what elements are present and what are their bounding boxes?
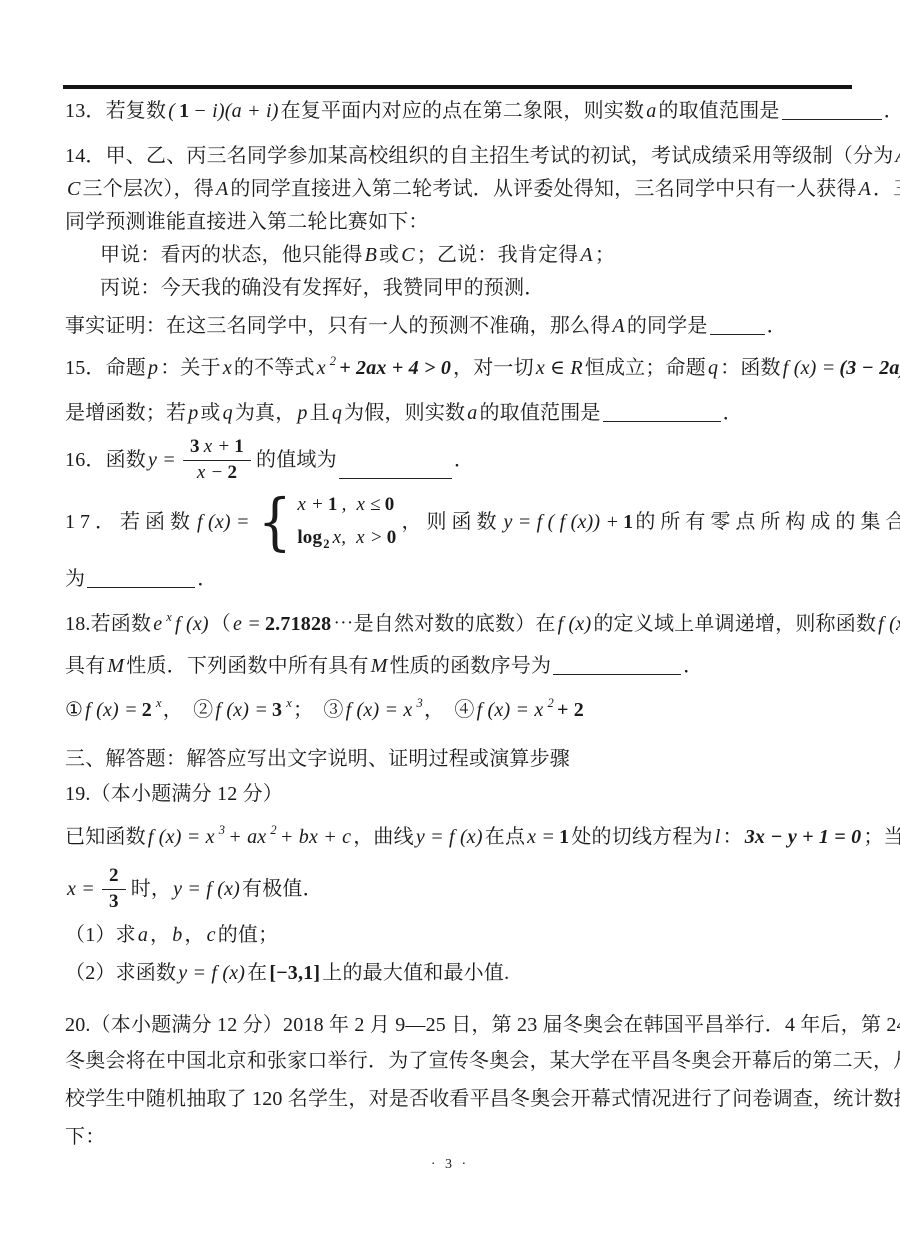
answer-blank	[553, 655, 681, 675]
answer-blank	[710, 315, 765, 335]
text-run: 13．若复数	[65, 98, 166, 124]
math-run: C	[67, 176, 81, 202]
math-run: x +	[204, 437, 231, 458]
math-run: q	[223, 400, 233, 426]
bold-run: 0	[387, 525, 397, 551]
cases-brace: {	[258, 494, 292, 550]
cases-row: x +1, x ≤0	[295, 492, 398, 518]
question-20-line-2: 冬奥会将在中国北京和张家口举行．为了宣传冬奥会，某大学在平昌冬奥会开幕后的第二天…	[65, 1048, 900, 1074]
text-run: （	[211, 611, 231, 637]
text-run: 或	[200, 400, 220, 426]
question-14-line-1: 14．甲、乙、丙三名同学参加某高校组织的自主招生考试的初试，考试成绩采用等级制（…	[65, 143, 900, 169]
math-run: y = f (x)	[416, 824, 483, 850]
question-18-line-1: 18.若函数exf (x)（e =2.71828⋯是自然对数的底数）在f (x)…	[65, 611, 900, 637]
text-run: 为真，	[235, 400, 296, 426]
math-run: M	[371, 653, 388, 679]
text-run: ．	[197, 566, 217, 592]
question-18-line-2: 具有M性质．下列函数中所有具有M性质的函数序号为．	[65, 653, 703, 679]
fraction: 3x +1x −2	[183, 437, 251, 483]
superscript: x	[166, 604, 172, 630]
math-run: c	[207, 922, 216, 948]
text-run: 甲说：看丙的状态，他只能得	[100, 242, 363, 268]
text-run: 在	[247, 960, 267, 986]
fraction: 23	[102, 866, 126, 912]
bold-run: + 2	[557, 697, 584, 723]
math-run: f (x) = x	[148, 824, 215, 850]
text-run: ：函数	[720, 355, 781, 381]
text-run: 20.（本小题满分 12 分）2018 年 2 月 9—25 日，第 23 届冬…	[65, 1012, 900, 1038]
text-run: ； ③	[293, 697, 344, 723]
math-run: y = f (x)	[178, 960, 245, 986]
text-run: 时，	[131, 876, 171, 902]
math-run: a	[467, 400, 477, 426]
question-19-heading: 19.（本小题满分 12 分）	[65, 781, 283, 807]
math-run: f (x)	[175, 611, 209, 637]
question-16-line: 16．函数y =3x +1x −2的值域为．	[65, 437, 474, 483]
text-run: （1）求	[65, 922, 136, 948]
cases-rows: x +1, x ≤0log2x, x >0	[295, 492, 398, 551]
question-17-line-2: 为．	[65, 566, 217, 592]
text-run: 的取值范围是	[479, 400, 600, 426]
math-run: p	[297, 400, 307, 426]
bold-run: 2	[227, 463, 237, 484]
text-run: ，曲线	[353, 824, 414, 850]
question-19-line-1: 已知函数f (x) = x3+ ax2+ bx + c，曲线y = f (x)在…	[65, 824, 900, 850]
math-run: y = f ( f (x)) +	[503, 509, 619, 535]
math-run: x =	[67, 876, 95, 902]
math-run: f (x) =	[197, 509, 250, 535]
piecewise-cases: {x +1, x ≤0log2x, x >0	[255, 492, 399, 551]
text-run: 的所有零点所构成的集合	[635, 509, 900, 535]
text-run: 具有	[65, 653, 105, 679]
text-run: ：关于	[160, 355, 221, 381]
text-run: 事实证明：在这三名同学中，只有一人的预测不准确，那么得	[65, 313, 610, 339]
math-run: B	[365, 242, 377, 268]
text-run: 为假，则实数	[344, 400, 465, 426]
superscript: 2	[270, 817, 276, 843]
text-run: 校学生中随机抽取了 120 名学生，对是否收看平昌冬奥会开幕式情况进行了问卷调查…	[65, 1086, 900, 1112]
superscript: 3	[417, 690, 423, 716]
text-run: 冬奥会将在中国北京和张家口举行．为了宣传冬奥会，某大学在平昌冬奥会开幕后的第二天…	[65, 1048, 900, 1074]
section-3-heading: 三、解答题：解答应写出文字说明、证明过程或演算步骤	[65, 746, 570, 772]
text-run: ．三名	[873, 176, 900, 202]
math-run: A	[580, 242, 592, 268]
bold-run: 0	[385, 492, 395, 518]
text-run: ，	[401, 509, 426, 535]
text-run: 已知函数	[65, 824, 146, 850]
bold-run: 2	[142, 697, 152, 723]
text-run: ．	[723, 400, 743, 426]
math-run: − i)(a + i)	[193, 98, 278, 124]
question-20-line-1: 20.（本小题满分 12 分）2018 年 2 月 9—25 日，第 23 届冬…	[65, 1012, 900, 1038]
bold-run: 3	[272, 697, 282, 723]
text-run: 有极值．	[242, 876, 323, 902]
text-run: ；	[595, 242, 615, 268]
fraction-numerator: 3x +1	[183, 437, 251, 461]
math-run: e	[153, 611, 162, 637]
superscript: 2	[330, 348, 336, 374]
text-run: 18.若函数	[65, 611, 151, 637]
superscript: x	[286, 690, 292, 716]
text-run: ，	[184, 922, 204, 948]
bold-run: 2	[109, 866, 119, 887]
question-19-part-1: （1）求a，b，c的值；	[65, 922, 278, 948]
math-run: x =	[527, 824, 555, 850]
text-run: 下：	[65, 1124, 105, 1150]
fraction-denominator: x −2	[190, 461, 244, 484]
fraction-denominator: 3	[102, 890, 126, 913]
question-19-part-2: （2）求函数y = f (x)在[−3,1]上的最大值和最小值.	[65, 960, 509, 986]
text-run: 的值域为	[256, 447, 337, 473]
text-run: 上的最大值和最小值.	[322, 960, 509, 986]
bold-run: [−3,1]	[269, 960, 320, 986]
text-run: 在复平面内对应的点在第二象限，则实数	[281, 98, 645, 124]
math-run: A	[216, 176, 228, 202]
text-run: 处的切线方程为	[571, 824, 712, 850]
math-run: + ax	[228, 824, 266, 850]
superscript: x	[156, 690, 162, 716]
text-run: 14．甲、乙、丙三名同学参加某高校组织的自主招生考试的初试，考试成绩采用等级制（…	[65, 143, 893, 169]
math-run: f (x) =	[783, 355, 836, 381]
question-20-line-3: 校学生中随机抽取了 120 名学生，对是否收看平昌冬奥会开幕式情况进行了问卷调查…	[65, 1086, 900, 1112]
math-run: x −	[197, 463, 224, 484]
text-run: 的取值范围是	[658, 98, 779, 124]
text-run: ；当	[863, 824, 900, 850]
text-run: 为	[65, 566, 85, 592]
bold-run: 1	[328, 492, 338, 518]
answer-blank	[339, 459, 452, 479]
math-bold-run: (3 − 2a)	[839, 355, 900, 381]
question-17-line-1: 17．若函数f (x) ={x +1, x ≤0log2x, x >0，则函数y…	[65, 492, 900, 551]
text-run: 在点	[485, 824, 525, 850]
superscript: 2	[548, 690, 554, 716]
bold-run: 1	[559, 824, 569, 850]
text-run: 的同学直接进入第二轮考试．从评委处得知，三名同学中只有一人获得	[230, 176, 856, 202]
text-run: 同学预测谁能直接进入第二轮比赛如下：	[65, 209, 429, 235]
question-13-line: 13．若复数(1− i)(a + i)在复平面内对应的点在第二象限，则实数a的取…	[65, 98, 900, 124]
math-run: f (x) =	[215, 697, 268, 723]
text-run: （2）求函数	[65, 960, 176, 986]
math-run: x, x >	[333, 525, 383, 551]
math-bold-run: + 2ax + 4 > 0	[339, 355, 451, 381]
math-run: x +	[297, 492, 324, 518]
question-15-line-1: 15．命题p：关于x的不等式x2+ 2ax + 4 > 0，对一切x ∈ R恒成…	[65, 355, 900, 381]
text-run: ，	[150, 922, 170, 948]
math-run: f (x) = x	[477, 697, 544, 723]
text-run: 恒成立；命题	[585, 355, 706, 381]
subscript: 2	[323, 531, 329, 557]
math-run: q	[332, 400, 342, 426]
text-run: ， ②	[163, 697, 214, 723]
text-run: ．	[884, 98, 900, 124]
math-run: A	[859, 176, 871, 202]
document-page: 13．若复数(1− i)(a + i)在复平面内对应的点在第二象限，则实数a的取…	[0, 0, 900, 1246]
text-run: 或	[379, 242, 399, 268]
text-run: 16．函数	[65, 447, 146, 473]
fraction-numerator: 2	[102, 866, 126, 890]
text-run: ， ④	[424, 697, 475, 723]
text-run: 的同学是	[627, 313, 708, 339]
math-run: p	[188, 400, 198, 426]
bold-run: 2.71828	[265, 611, 331, 637]
text-run: 且	[310, 400, 330, 426]
page-number: · 3 ·	[0, 1157, 900, 1173]
math-run: x	[317, 355, 326, 381]
text-run: ：	[723, 824, 743, 850]
text-run: ．	[454, 447, 474, 473]
text-run: ①	[65, 697, 83, 723]
math-run: x ∈ R	[536, 355, 583, 381]
roman-run: log	[297, 525, 322, 551]
cases-row: log2x, x >0	[295, 525, 398, 551]
math-run: a	[646, 98, 656, 124]
text-run: 的值；	[218, 922, 279, 948]
answer-blank	[87, 568, 195, 588]
math-run: A	[895, 143, 900, 169]
math-run: (	[168, 98, 175, 124]
math-run: l	[715, 824, 721, 850]
math-run: f (x) = x	[346, 697, 413, 723]
answer-blank	[603, 402, 721, 422]
math-run: x	[223, 355, 232, 381]
text-run: 丙说：今天我的确没有发挥好，我赞同甲的预测．	[100, 275, 544, 301]
math-bold-run: 3x − y + 1 = 0	[745, 824, 862, 850]
bold-run: 3	[109, 892, 119, 913]
question-18-options-line: ①f (x) =2x， ②f (x) =3x； ③f (x) = x3， ④f …	[65, 697, 586, 723]
answer-blank	[782, 100, 882, 120]
math-run: y =	[148, 447, 176, 473]
header-rule	[63, 85, 852, 89]
math-run: C	[401, 242, 415, 268]
text-run: 15．命题	[65, 355, 146, 381]
question-14-line-3: 同学预测谁能直接进入第二轮比赛如下：	[65, 209, 429, 235]
bold-run: 1	[179, 98, 189, 124]
math-run: + bx + c	[280, 824, 351, 850]
text-run: ⋯是自然对数的底数）在	[333, 611, 555, 637]
math-run: A	[612, 313, 624, 339]
math-run: a	[138, 922, 148, 948]
math-run: e =	[233, 611, 261, 637]
text-run: 19.（本小题满分 12 分）	[65, 781, 283, 807]
question-15-line-2: 是增函数；若p或q为真，p且q为假，则实数a的取值范围是．	[65, 400, 743, 426]
math-run: f (x)	[558, 611, 592, 637]
math-run: f (x)	[878, 611, 900, 637]
text-run: 性质．下列函数中所有具有	[126, 653, 368, 679]
text-run: ．	[767, 313, 787, 339]
superscript: 3	[219, 817, 225, 843]
text-run: 三个层次），得	[83, 176, 214, 202]
text-run: ；乙说：我肯定得	[417, 242, 579, 268]
math-run: q	[708, 355, 718, 381]
bold-run: 3	[190, 437, 200, 458]
text-run: 三、解答题：解答应写出文字说明、证明过程或演算步骤	[65, 746, 570, 772]
text-run: 的不等式	[234, 355, 315, 381]
question-14-statement-jia: 甲说：看丙的状态，他只能得B或C；乙说：我肯定得A；	[100, 242, 615, 268]
math-run: , x ≤	[342, 492, 381, 518]
math-run: M	[107, 653, 124, 679]
question-14-statement-bing: 丙说：今天我的确没有发挥好，我赞同甲的预测．	[100, 275, 544, 301]
math-run: b	[172, 922, 182, 948]
bold-run: 1	[623, 509, 633, 535]
math-run: p	[148, 355, 158, 381]
text-run: 的定义域上单调递增，则称函数	[593, 611, 876, 637]
text-run: 则函数	[426, 509, 501, 535]
text-run: 性质的函数序号为	[390, 653, 552, 679]
question-14-line-2: C三个层次），得A的同学直接进入第二轮考试．从评委处得知，三名同学中只有一人获得…	[65, 176, 900, 202]
math-run: f (x) =	[85, 697, 138, 723]
text-run: ．	[683, 653, 703, 679]
question-14-fact-line: 事实证明：在这三名同学中，只有一人的预测不准确，那么得A的同学是．	[65, 313, 787, 339]
math-run: y = f (x)	[173, 876, 240, 902]
bold-run: 1	[234, 437, 244, 458]
question-20-line-4: 下：	[65, 1124, 105, 1150]
question-19-line-2: x =23时，y = f (x)有极值．	[65, 866, 323, 912]
text-run: ，对一切	[453, 355, 534, 381]
text-run: 17．若函数	[65, 509, 195, 535]
text-run: 是增函数；若	[65, 400, 186, 426]
